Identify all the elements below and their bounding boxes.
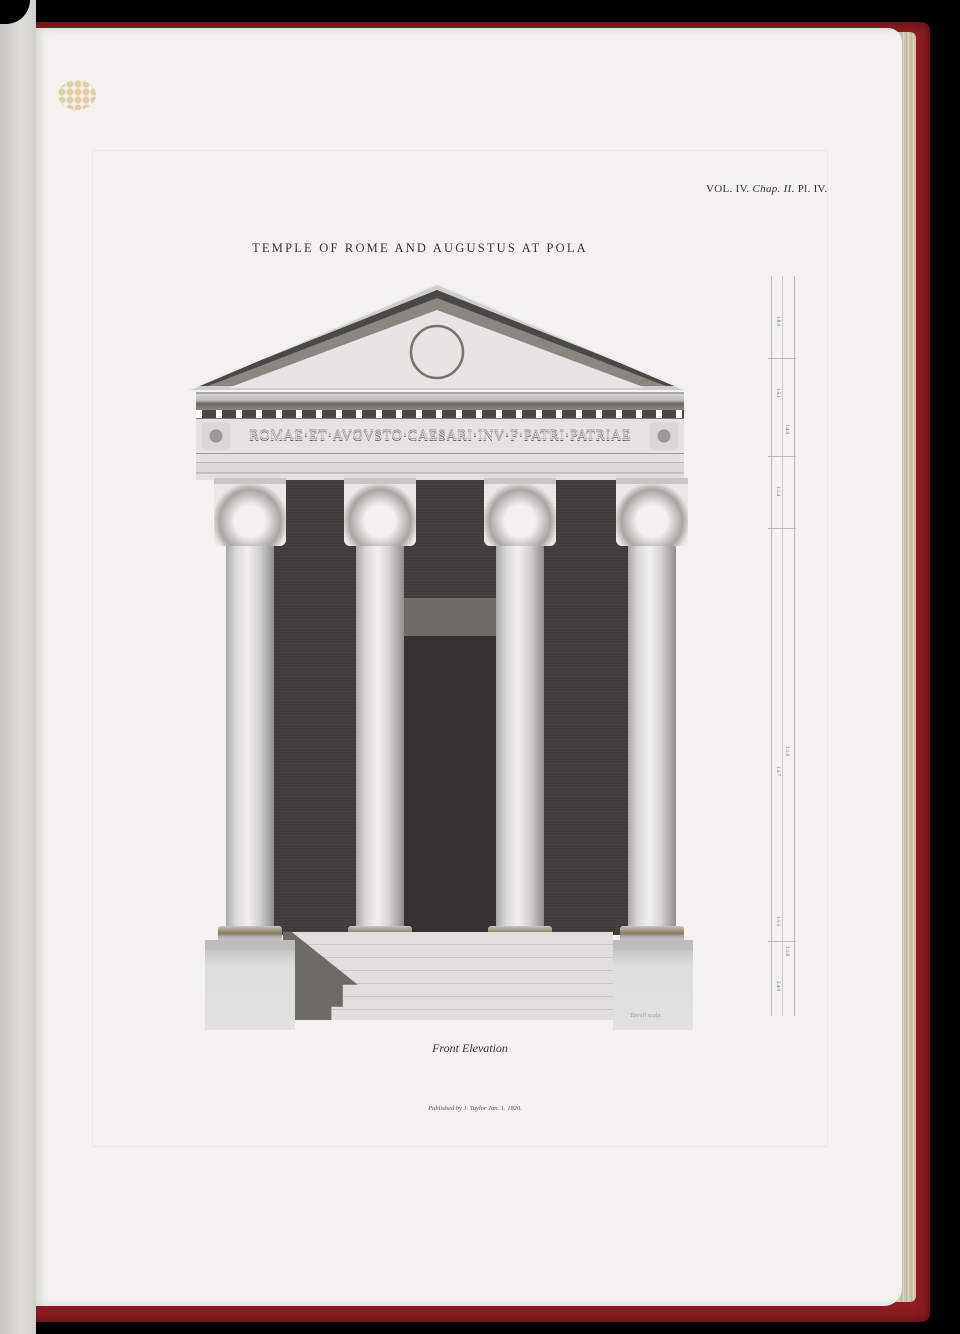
scale-label: 1.1.6 — [784, 946, 789, 956]
scale-label: 1.1.4 — [775, 486, 780, 496]
scale-label: 1.5.1 — [775, 388, 780, 398]
griffin-relief-right-icon — [650, 422, 678, 450]
plate-title: TEMPLE OF ROME AND AUGUSTUS AT POLA — [0, 241, 820, 256]
cornice — [196, 392, 684, 410]
column-shaft — [356, 546, 404, 926]
publisher-line: Published by J. Taylor Jan. 1. 1820. — [0, 1105, 960, 1112]
scale-label: 2.4.0 — [775, 981, 780, 991]
scale-label: 1.1.0 — [784, 746, 789, 756]
corinthian-capital-icon — [344, 478, 416, 546]
column-1 — [220, 478, 280, 944]
column-shaft — [628, 546, 676, 926]
column-2 — [350, 478, 410, 944]
engraver-signature: Tarrell sculp. — [630, 1013, 662, 1019]
entablature: ROMAE·ET·AVGVSTO·CAESARI·INV·F·PATRI·PAT… — [196, 392, 684, 480]
column-3 — [490, 478, 550, 944]
volume-label: VOL. IV. — [706, 183, 749, 195]
podium-left — [205, 940, 295, 1030]
frieze: ROMAE·ET·AVGVSTO·CAESARI·INV·F·PATRI·PAT… — [196, 418, 684, 454]
column-4 — [622, 478, 682, 944]
scale-label: 1.3.7 — [775, 766, 780, 776]
scale-label: 1.8.0 — [775, 316, 780, 326]
scale-label: 1.1.3 — [775, 916, 780, 926]
frieze-inscription: ROMAE·ET·AVGVSTO·CAESARI·INV·F·PATRI·PAT… — [249, 428, 631, 445]
column-shaft — [496, 546, 544, 926]
plate-caption: Front Elevation — [0, 1041, 960, 1056]
left-page — [0, 0, 36, 1334]
plate-number: Pl. IV. — [798, 183, 828, 195]
architrave — [196, 454, 684, 480]
griffin-relief-left-icon — [202, 422, 230, 450]
pediment — [188, 282, 686, 392]
scale-label: 1.4.0 — [784, 424, 789, 434]
measurement-scale: 1.8.0 1.5.1 1.4.0 1.1.4 1.1.0 1.3.7 1.1.… — [771, 276, 795, 1016]
column-shaft — [226, 546, 274, 926]
corinthian-capital-icon — [214, 478, 286, 546]
dentils — [196, 410, 684, 418]
plate-reference: VOL. IV. Chap. II. Pl. IV. — [706, 183, 827, 195]
corinthian-capital-icon — [484, 478, 556, 546]
chapter-label: Chap. II. — [753, 183, 795, 195]
corinthian-capital-icon — [616, 478, 688, 546]
foxing-stain — [58, 80, 96, 110]
